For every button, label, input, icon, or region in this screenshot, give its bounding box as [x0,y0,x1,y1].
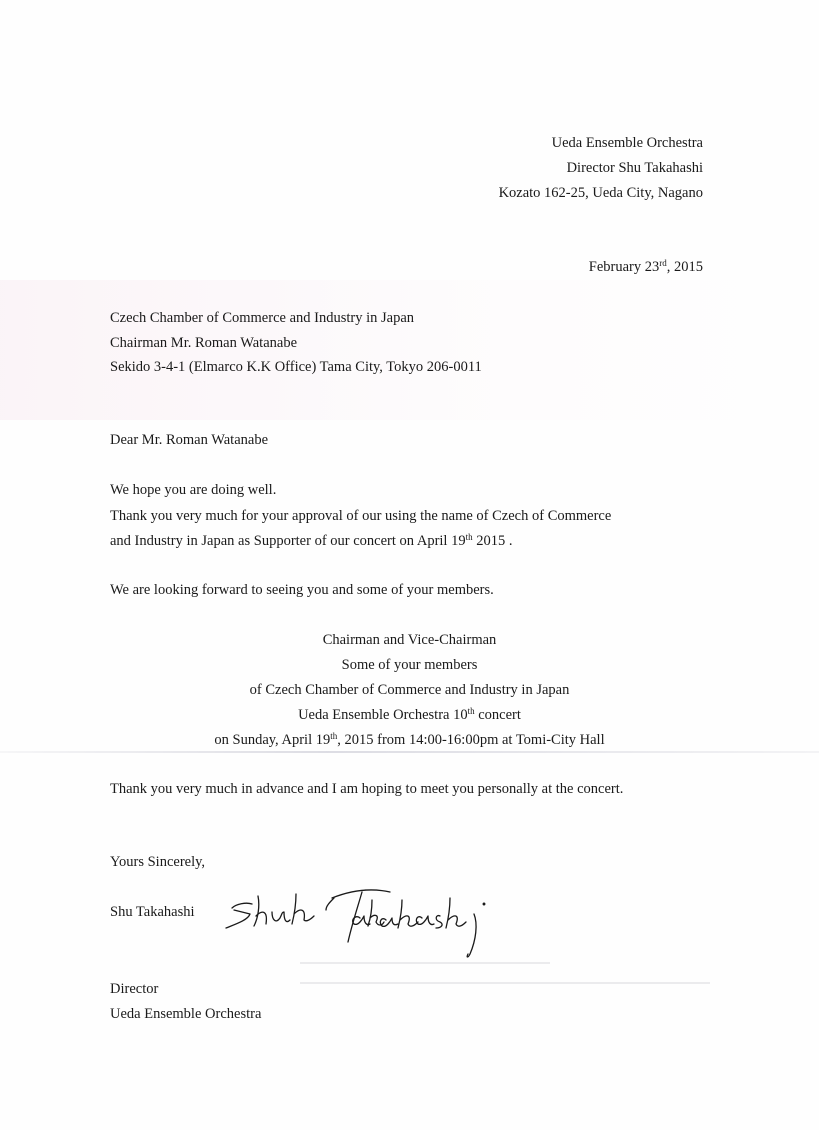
body-line-3-text: and Industry in Japan as Supporter of ou… [110,533,466,549]
body-line-1: We hope you are doing well. [110,481,276,499]
body-line-2: Thank you very much for your approval of… [110,507,611,525]
signer-title: Director [110,980,158,998]
sender-title-name: Director Shu Takahashi [567,159,703,177]
recipient-address: Sekido 3-4-1 (Elmarco K.K Office) Tama C… [110,358,482,376]
invite-line-4-text: Ueda Ensemble Orchestra 10 [298,707,468,723]
letter-page: Ueda Ensemble Orchestra Director Shu Tak… [0,0,819,1130]
valediction: Yours Sincerely, [110,853,205,871]
fold-line [0,751,819,753]
sender-organization: Ueda Ensemble Orchestra [552,134,703,152]
date-prefix: February 23 [589,259,659,275]
signer-organization: Ueda Ensemble Orchestra [110,1005,261,1023]
invite-line-4: Ueda Ensemble Orchestra 10th concert [0,706,819,724]
invite-line-5: on Sunday, April 19th, 2015 from 14:00-1… [0,731,819,749]
handwritten-signature [222,884,507,964]
bleed-through-mark [300,982,710,984]
body-line-3-year: 2015 . [473,533,513,549]
recipient-name: Chairman Mr. Roman Watanabe [110,334,297,352]
date-ordinal: rd [659,258,667,268]
body-paragraph-2: We are looking forward to seeing you and… [110,581,494,599]
salutation: Dear Mr. Roman Watanabe [110,431,268,449]
invite-line-5-end: , 2015 from 14:00-16:00pm at Tomi-City H… [337,732,604,748]
letter-date: February 23rd, 2015 [589,258,703,276]
body-paragraph-3: Thank you very much in advance and I am … [110,780,623,798]
invite-line-5-text: on Sunday, April 19 [214,732,330,748]
invite-line-1: Chairman and Vice-Chairman [0,631,819,649]
bleed-through-mark [300,962,550,964]
signer-name: Shu Takahashi [110,903,195,921]
invite-line-4-end: concert [475,707,521,723]
invite-line-4-ordinal: th [468,706,475,716]
recipient-organization: Czech Chamber of Commerce and Industry i… [110,309,414,327]
invite-line-2: Some of your members [0,656,819,674]
date-suffix: , 2015 [667,259,703,275]
body-line-3: and Industry in Japan as Supporter of ou… [110,532,512,550]
body-line-3-ordinal: th [466,532,473,542]
invite-line-3: of Czech Chamber of Commerce and Industr… [0,681,819,699]
sender-address: Kozato 162-25, Ueda City, Nagano [499,184,703,202]
